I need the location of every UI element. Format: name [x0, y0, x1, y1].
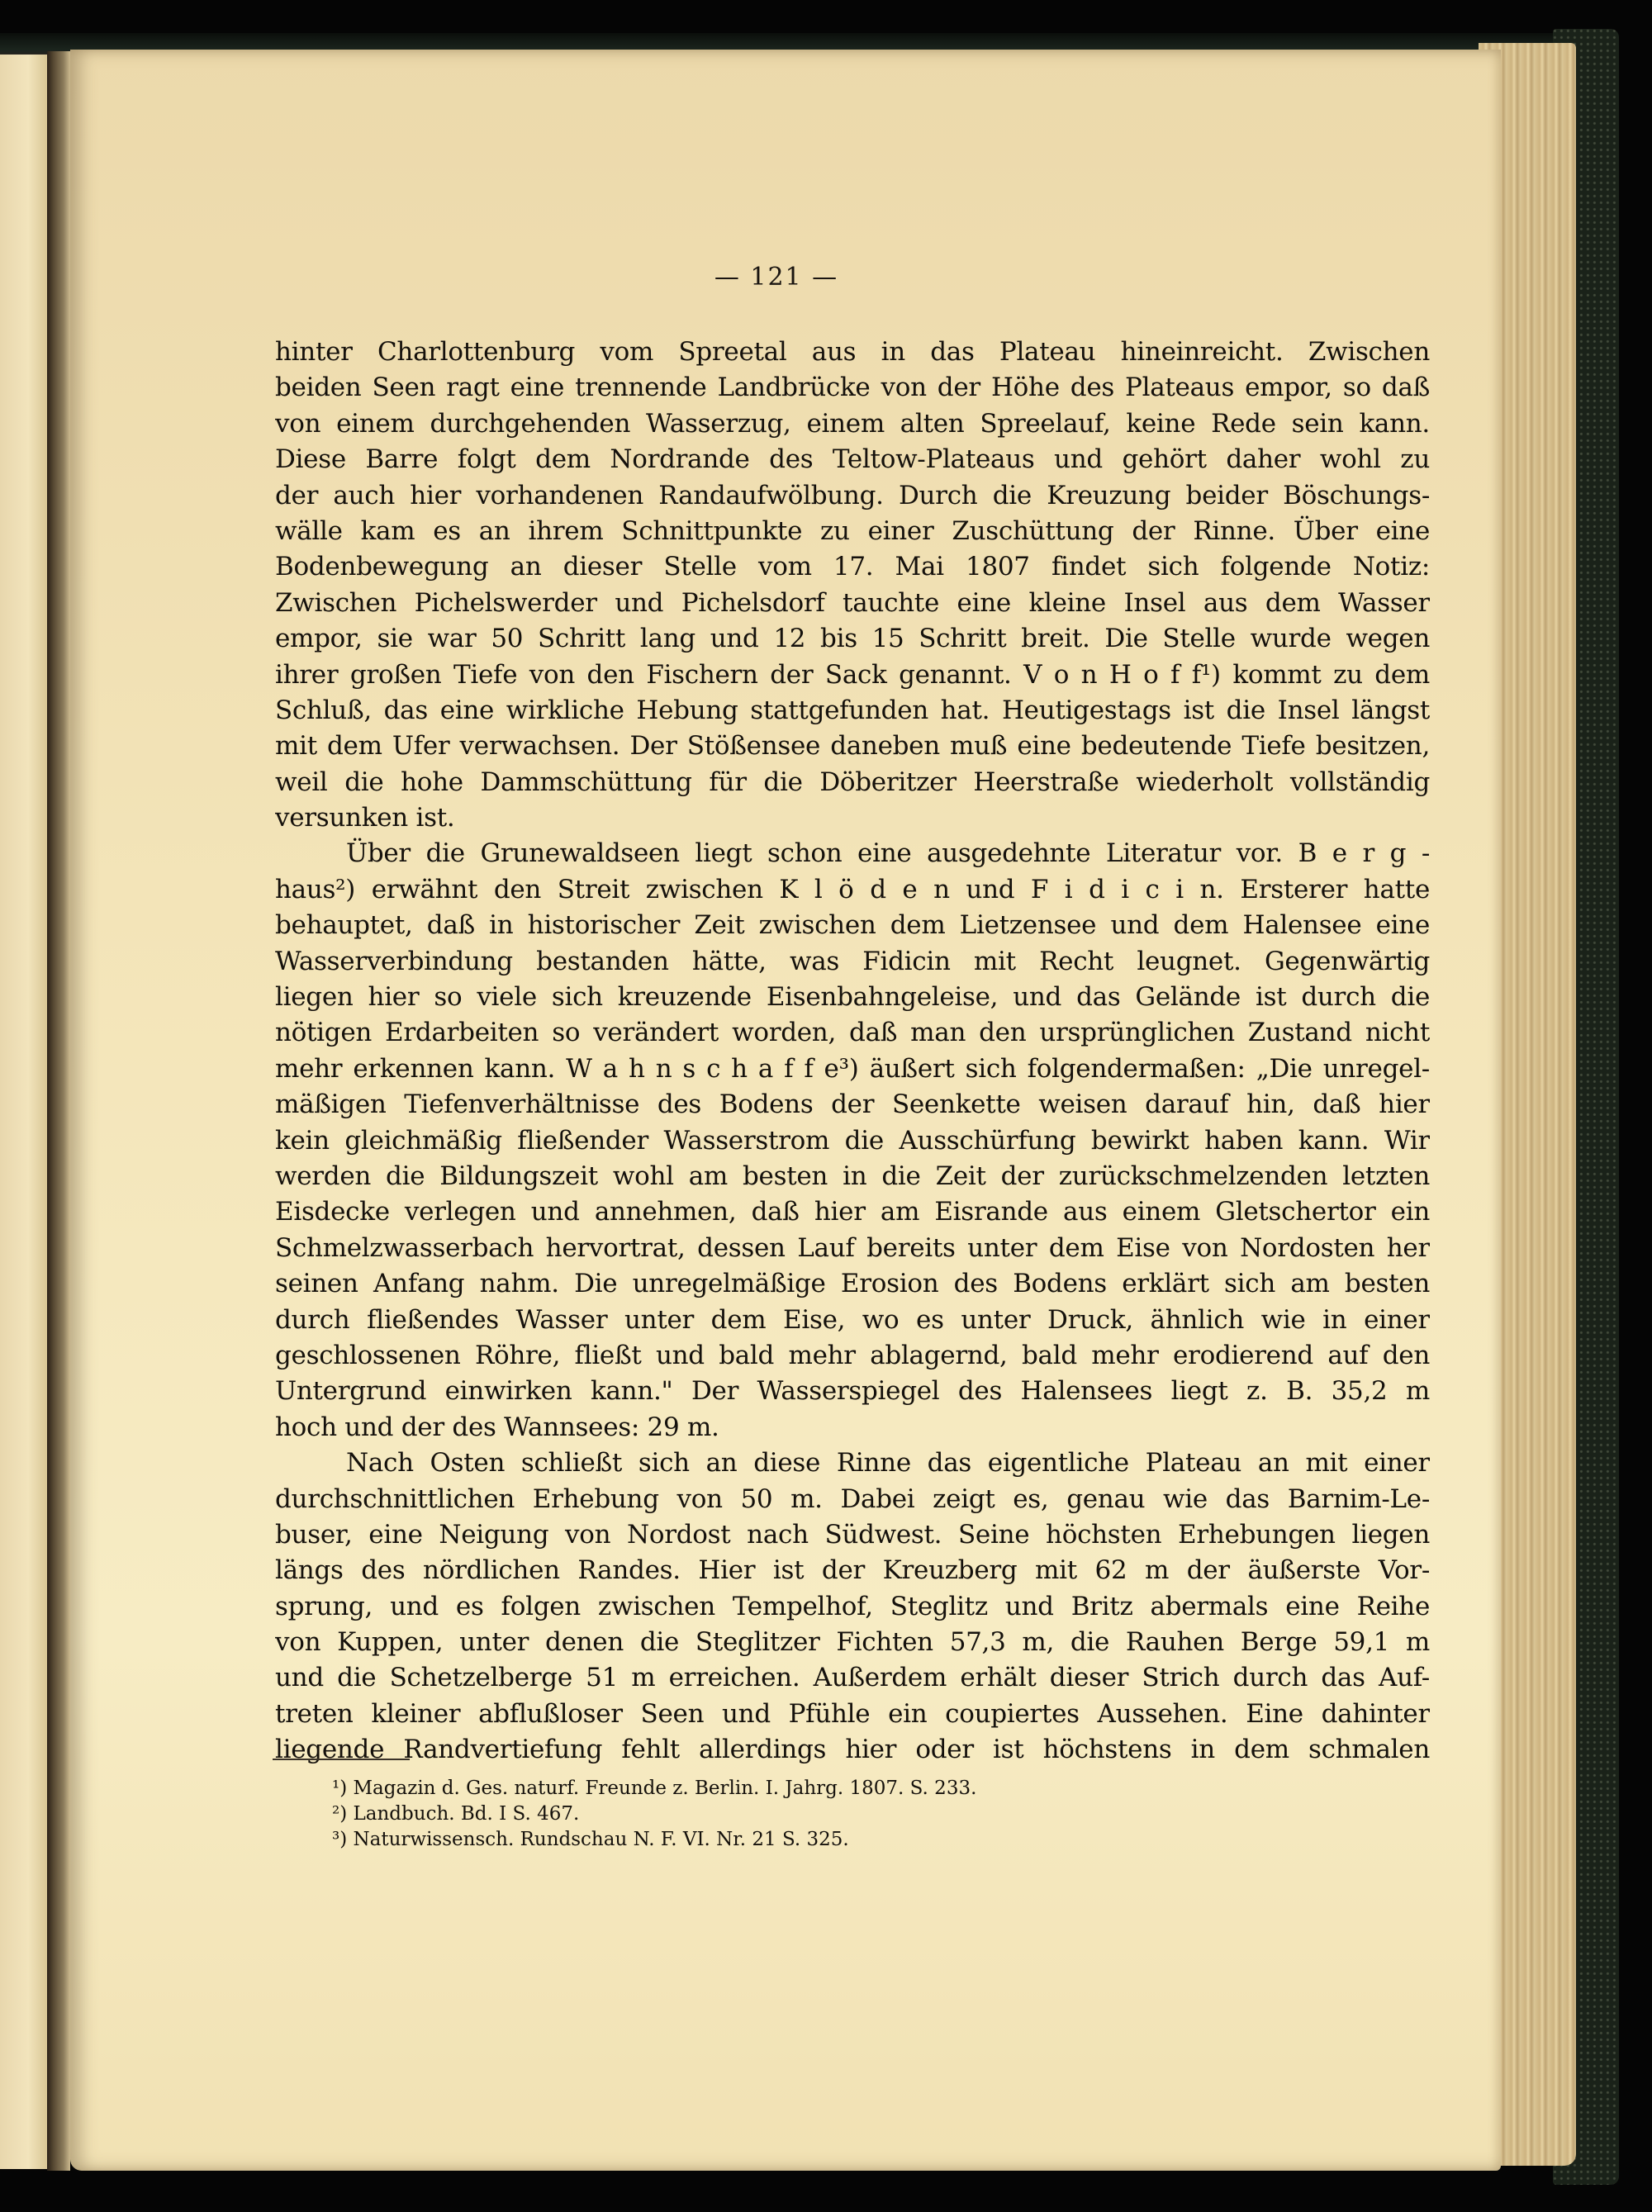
text-line: beiden Seen ragt eine trennende Landbrüc…: [275, 370, 1430, 406]
text-line: buser, eine Neigung von Nordost nach Süd…: [275, 1517, 1430, 1553]
text-line: Schluß, das eine wirkliche Hebung stattg…: [275, 693, 1430, 729]
text-line: weil die hohe Dammschüttung für die Döbe…: [275, 765, 1430, 800]
text-line: behauptet, daß in historischer Zeit zwis…: [275, 908, 1430, 943]
text-line: mehr erkennen kann. W a h n s c h a f f …: [275, 1051, 1430, 1087]
text-line: mäßigen Tiefenverhältnisse des Bodens de…: [275, 1087, 1430, 1123]
text-line: von Kuppen, unter denen die Steglitzer F…: [275, 1625, 1430, 1660]
text-line: Schmelzwasserbach hervortrat, dessen Lau…: [275, 1231, 1430, 1266]
text-line: versunken ist.: [275, 800, 1430, 836]
text-line: hinter Charlottenburg vom Spreetal aus i…: [275, 335, 1430, 370]
paragraph-start-line: Über die Grunewaldseen liegt schon eine …: [275, 836, 1430, 871]
text-line: haus²) erwähnt den Streit zwischen K l ö…: [275, 872, 1430, 908]
facing-page-edge: [0, 55, 47, 2169]
text-line: empor, sie war 50 Schritt lang und 12 bi…: [275, 621, 1430, 657]
footnote-2: ²) Landbuch. Bd. I S. 467.: [332, 1801, 1406, 1827]
text-line: ihrer großen Tiefe von den Fischern der …: [275, 657, 1430, 693]
text-line: Diese Barre folgt dem Nordrande des Telt…: [275, 442, 1430, 477]
text-line: Eisdecke verlegen und annehmen, daß hier…: [275, 1194, 1430, 1230]
text-line: durch fließendes Wasser unter dem Eise, …: [275, 1303, 1430, 1338]
text-line: durchschnittlichen Erhebung von 50 m. Da…: [275, 1482, 1430, 1517]
text-line: kein gleichmäßig fließender Wasserstrom …: [275, 1123, 1430, 1159]
paragraph-start-line: Nach Osten schließt sich an diese Rinne …: [275, 1445, 1430, 1481]
book-gutter: [47, 51, 70, 2171]
text-line: liegende Randvertiefung fehlt allerdings…: [275, 1732, 1430, 1768]
text-line: hoch und der des Wannsees: 29 m.: [275, 1410, 1430, 1445]
text-line: und die Schetzelberge 51 m erreichen. Au…: [275, 1660, 1430, 1696]
text-line: von einem durchgehenden Wasserzug, einem…: [275, 406, 1430, 442]
text-line: werden die Bildungszeit wohl am besten i…: [275, 1159, 1430, 1194]
text-line: Wasserverbindung bestanden hätte, was Fi…: [275, 944, 1430, 980]
text-line: der auch hier vorhandenen Randaufwölbung…: [275, 478, 1430, 514]
text-line: geschlossenen Röhre, fließt und bald meh…: [275, 1338, 1430, 1374]
text-line: sprung, und es folgen zwischen Tempelhof…: [275, 1589, 1430, 1625]
page-number: — 121 —: [0, 263, 1553, 292]
text-line: längs des nördlichen Randes. Hier ist de…: [275, 1553, 1430, 1588]
footnotes: ¹) Magazin d. Ges. naturf. Freunde z. Be…: [332, 1776, 1406, 1853]
text-line: treten kleiner abflußloser Seen und Pfüh…: [275, 1697, 1430, 1732]
text-line: Untergrund einwirken kann." Der Wassersp…: [275, 1374, 1430, 1409]
text-line: liegen hier so viele sich kreuzende Eise…: [275, 980, 1430, 1015]
footnote-3: ³) Naturwissensch. Rundschau N. F. VI. N…: [332, 1827, 1406, 1853]
text-line: Zwischen Pichelswerder und Pichelsdorf t…: [275, 586, 1430, 621]
text-line: Bodenbewegung an dieser Stelle vom 17. M…: [275, 549, 1430, 585]
body-text: hinter Charlottenburg vom Spreetal aus i…: [275, 335, 1430, 1768]
footnote-rule: [273, 1759, 410, 1760]
text-line: seinen Anfang nahm. Die unregelmäßige Er…: [275, 1266, 1430, 1302]
text-line: mit dem Ufer verwachsen. Der Stößensee d…: [275, 729, 1430, 764]
text-line: wälle kam es an ihrem Schnittpunkte zu e…: [275, 514, 1430, 549]
footnote-1: ¹) Magazin d. Ges. naturf. Freunde z. Be…: [332, 1776, 1406, 1801]
text-line: nötigen Erdarbeiten so verändert worden,…: [275, 1015, 1430, 1051]
